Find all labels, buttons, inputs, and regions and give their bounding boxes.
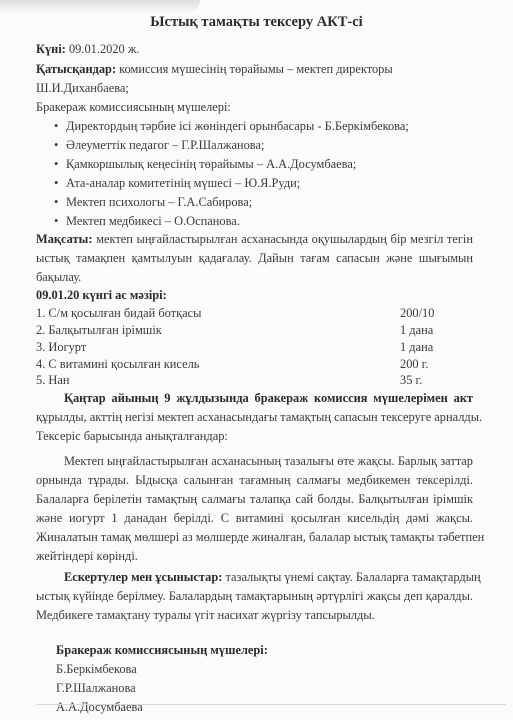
menu-item-qty: 35 г. [400,373,422,388]
findings-line-6: жейтіндері көрінді. [36,549,138,564]
recommendations-label: Ескертулер мен ұсыныстар: [64,570,222,584]
menu-item-name: 2. Балқытылған ірімшік [36,323,162,338]
signatory-name: А.А.Досумбаева [56,700,143,715]
recommendations-text: тазалықты үнемі сақтау. Балаларға тамақт… [222,570,480,584]
act-line-3: Тексеріс барысында анықталғандар: [36,429,228,444]
menu-item-name: 4. С витамині қосылған кисель [36,357,199,372]
findings-line-3: Балаларға берілетін тамақтың салмағы тал… [36,492,473,507]
list-item: Директордың тәрбие ісі жөніндегі орынбас… [66,119,409,134]
findings-line-1: Мектеп ыңғайластырылған асханасының таза… [64,454,473,469]
recommendations-line-1: Ескертулер мен ұсыныстар: тазалықты үнем… [64,570,473,585]
menu-item-qty: 1 дана [400,323,433,338]
act-bold-line: Қаңтар айының 9 жұлдызында бракераж коми… [64,391,473,406]
document-page: Ыстық тамақты тексеру АКТ-сі Күні: 09.01… [0,0,513,720]
list-item: Мектеп психологы – Г.А.Сабирова; [66,195,252,210]
list-item: Ата-аналар комитетінің мүшесі – Ю.Я.Руди… [66,176,300,191]
findings-line-4: және иогурт 1 данадан берілді. С витамин… [36,511,473,526]
menu-heading: 09.01.20 күнгі ас мәзірі: [36,288,167,303]
purpose-line-1: Мақсаты: мектеп ыңғайластырылған асханас… [36,232,473,247]
document-title: Ыстық тамақты тексеру АКТ-сі [0,14,513,31]
purpose-label: Мақсаты: [36,232,92,246]
purpose-line-2: ыстық тамақпен қамтылуын қадағалау. Дайы… [36,251,473,266]
act-line-2: құрылды, акттің негізі мектеп асханасынд… [36,410,473,425]
menu-item-qty: 200/10 [400,306,434,321]
date-label: Күні: [36,42,66,56]
menu-item-qty: 1 дана [400,340,433,355]
findings-line-5: Жиналатын тамақ мөлшері аз мөлшерде жина… [36,530,473,545]
participants-label: Қатысқандар: [36,62,116,76]
bullet-icon: • [54,214,58,229]
date-value: 09.01.2020 ж. [66,42,140,56]
signatures-heading: Бракераж комиссиясының мүшелері: [56,643,268,658]
members-heading: Бракераж комиссиясының мүшелері: [36,100,231,115]
bullet-icon: • [54,157,58,172]
list-item: Мектеп медбикесі – О.Оспанова. [66,214,240,229]
bottom-rule [36,704,506,705]
list-item: Қамкоршылық кеңесінің төрайымы – А.А.Дос… [66,157,356,172]
date-line: Күні: 09.01.2020 ж. [36,42,140,57]
list-item: Әлеуметтік педагог – Г.Р.Шалжанова; [66,138,264,153]
participants-text: комиссия мүшесінің төрайымы – мектеп дир… [116,62,393,76]
bullet-icon: • [54,119,58,134]
bullet-icon: • [54,138,58,153]
participants-director: Ш.И.Диханбаева; [36,81,129,96]
bullet-icon: • [54,176,58,191]
signatory-name: Г.Р.Шалжанова [56,681,136,696]
participants-line: Қатысқандар: комиссия мүшесінің төрайымы… [36,62,393,77]
scan-shadow [0,0,200,14]
menu-item-name: 5. Нан [36,373,69,388]
signatory-name: Б.Беркімбекова [56,662,137,677]
purpose-line-3: бақылау. [36,270,81,285]
recommendations-line-3: Медбикеге тамақтану туралы үгіт насихат … [36,608,375,623]
menu-item-name: 3. Иогурт [36,340,86,355]
menu-item-name: 1. С/м қосылған бидай ботқасы [36,306,201,321]
findings-line-2: орнында тұрады. Ыдысқа салынған тағамның… [36,473,473,488]
recommendations-line-2: ыстық күйінде берілмеу. Балалардың тамақ… [36,589,473,604]
bullet-icon: • [54,195,58,210]
purpose-text: мектеп ыңғайластырылған асханасында оқуш… [92,232,473,246]
menu-item-qty: 200 г. [400,357,428,372]
